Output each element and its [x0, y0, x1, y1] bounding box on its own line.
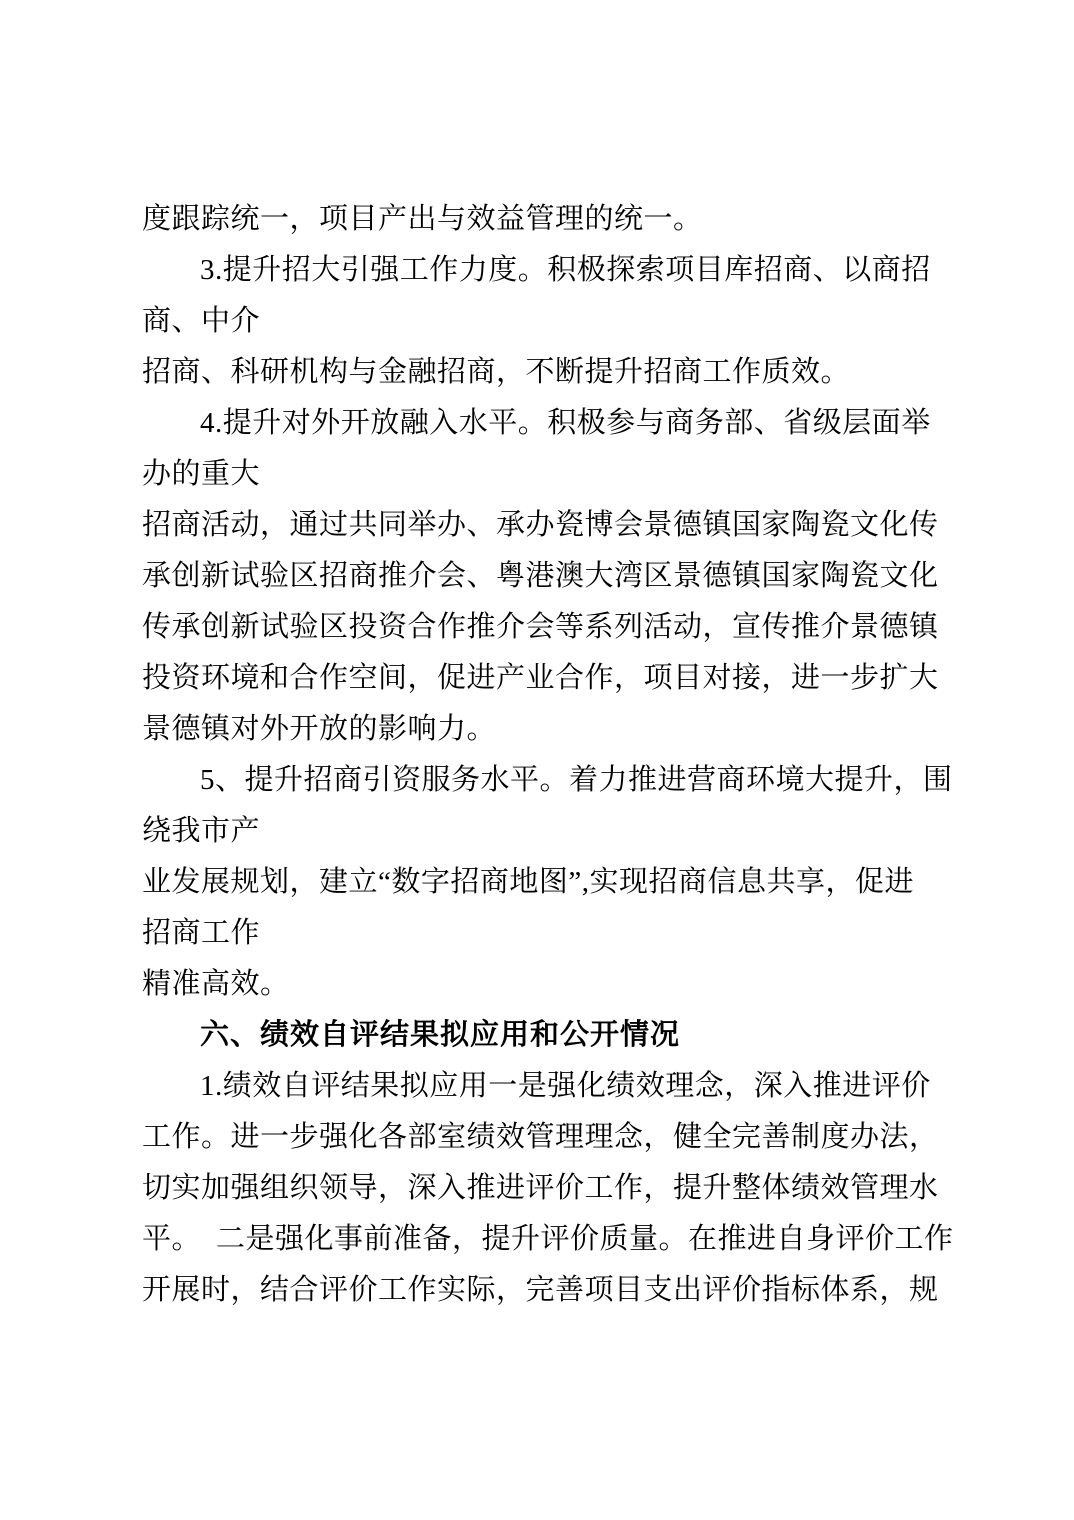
text-line: 招商活动，通过共同举办、承办瓷博会景德镇国家陶瓷文化传 — [142, 500, 944, 551]
text-line: 4.提升对外开放融入水平。积极参与商务部、省级层面举 — [142, 398, 944, 449]
text-line: 平。 二是强化事前准备，提升评价质量。在推进自身评价工作 — [142, 1214, 944, 1265]
section-heading: 六、绩效自评结果拟应用和公开情况 — [142, 1010, 944, 1061]
text-line: 传承创新试验区投资合作推介会等系列活动，宣传推介景德镇 — [142, 602, 944, 653]
text-line: 工作。进一步强化各部室绩效管理理念，健全完善制度办法， — [142, 1112, 944, 1163]
text-line: 景德镇对外开放的影响力。 — [142, 704, 944, 755]
text-line: 精准高效。 — [142, 959, 944, 1010]
text-line: 投资环境和合作空间，促进产业合作，项目对接，进一步扩大 — [142, 653, 944, 704]
text-line: 开展时，结合评价工作实际，完善项目支出评价指标体系，规 — [142, 1265, 944, 1316]
text-line: 商、中介 — [142, 296, 944, 347]
text-line: 度跟踪统一，项目产出与效益管理的统一。 — [142, 194, 944, 245]
text-line: 办的重大 — [142, 449, 944, 500]
text-line: 切实加强组织领导，深入推进评价工作，提升整体绩效管理水 — [142, 1163, 944, 1214]
text-line: 招商、科研机构与金融招商，不断提升招商工作质效。 — [142, 347, 944, 398]
text-line: 招商工作 — [142, 908, 944, 959]
text-line: 5、提升招商引资服务水平。着力推进营商环境大提升，围 — [142, 755, 944, 806]
text-line: 业发展规划，建立“数字招商地图”,实现招商信息共享，促进 — [142, 857, 944, 908]
text-line: 1.绩效自评结果拟应用一是强化绩效理念，深入推进评价 — [142, 1061, 944, 1112]
text-line: 3.提升招大引强工作力度。积极探索项目库招商、以商招 — [142, 245, 944, 296]
document-page: 度跟踪统一，项目产出与效益管理的统一。 3.提升招大引强工作力度。积极探索项目库… — [0, 0, 1074, 1520]
text-line: 承创新试验区招商推介会、粤港澳大湾区景德镇国家陶瓷文化 — [142, 551, 944, 602]
text-line: 绕我市产 — [142, 806, 944, 857]
